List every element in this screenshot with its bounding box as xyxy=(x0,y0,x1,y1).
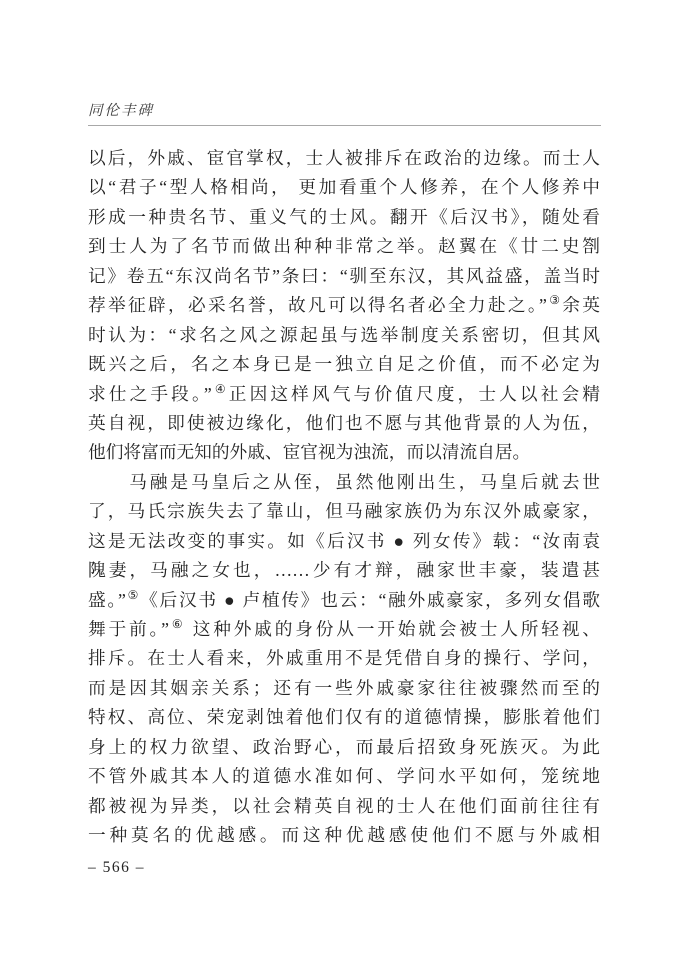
text-line: 他们将富而无知的外戚、宦官视为浊流，而以清流自居。 xyxy=(88,438,600,467)
text-line: 这是无法改变的事实。如《后汉书 ● 列女传》载：“汝南袁 xyxy=(88,527,600,556)
text-line: 一种莫名的优越感。而这种优越感使他们不愿与外戚相 xyxy=(88,821,600,850)
text-line: 盛。”⑤《后汉书 ● 卢植传》也云：“融外戚豪家，多列女倡歌 xyxy=(88,586,600,615)
text-line: 到士人为了名节而做出种种非常之举。赵翼在《廿二史劄 xyxy=(88,232,600,261)
header-rule xyxy=(88,125,601,126)
footnote-marker: ⑥ xyxy=(169,617,185,631)
text-line: 英自视，即使被边缘化，他们也不愿与其他背景的人为伍， xyxy=(88,409,600,438)
text-line: 不管外戚其本人的道德水准如何、学问水平如何，笼统地 xyxy=(88,762,600,791)
text-line: 记》卷五“东汉尚名节”条曰：“驯至东汉，其风益盛，盖当时 xyxy=(88,262,600,291)
text-line: 求仕之手段。”④正因这样风气与价值尺度，士人以社会精 xyxy=(88,380,600,409)
text-line: 而是因其姻亲关系；还有一些外戚豪家往往被骤然而至的 xyxy=(88,674,600,703)
footnote-marker: ④ xyxy=(212,382,229,396)
page-number: – 566 – xyxy=(88,859,145,877)
text-line: 既兴之后，名之本身已是一独立自足之价值，而不必定为 xyxy=(88,350,600,379)
text-block: 以后，外戚、宦官掌权，士人被排斥在政治的边缘。而士人以“君子“型人格相尚， 更加… xyxy=(88,144,600,851)
footnote-marker: ⑤ xyxy=(126,588,140,602)
footnote-marker: ③ xyxy=(547,293,562,307)
text-line: 舞于前。”⑥ 这种外戚的身份从一开始就会被士人所轻视、 xyxy=(88,615,600,644)
text-line: 时认为：“求名之风之源起虽与选举制度关系密切，但其风 xyxy=(88,321,600,350)
running-title: 同伦丰碑 xyxy=(88,99,154,120)
text-line: 了，马氏宗族失去了靠山，但马融家族仍为东汉外戚豪家， xyxy=(88,497,600,526)
text-line: 形成一种贵名节、重义气的士风。翻开《后汉书》，随处看 xyxy=(88,203,600,232)
text-line: 以“君子“型人格相尚， 更加看重个人修养，在个人修养中 xyxy=(88,173,600,202)
text-line: 以后，外戚、宦官掌权，士人被排斥在政治的边缘。而士人 xyxy=(88,144,600,173)
text-line: 排斥。在士人看来，外戚重用不是凭借自身的操行、学问， xyxy=(88,644,600,673)
text-line: 荐举征辟，必采名誉，故凡可以得名者必全力赴之。”③余英 xyxy=(88,291,600,320)
text-line: 都被视为异类，以社会精英自视的士人在他们面前往往有 xyxy=(88,792,600,821)
text-line: 特权、高位、荣宠剥蚀着他们仅有的道德情操，膨胀着他们 xyxy=(88,703,600,732)
text-line: 隗妻，马融之女也，……少有才辩，融家世丰豪，装遣甚 xyxy=(88,556,600,585)
text-line: 身上的权力欲望、政治野心，而最后招致身死族灭。为此 xyxy=(88,733,600,762)
text-line: 马融是马皇后之从侄，虽然他刚出生，马皇后就去世 xyxy=(88,468,600,497)
book-page: 同伦丰碑 以后，外戚、宦官掌权，士人被排斥在政治的边缘。而士人以“君子“型人格相… xyxy=(0,0,692,968)
